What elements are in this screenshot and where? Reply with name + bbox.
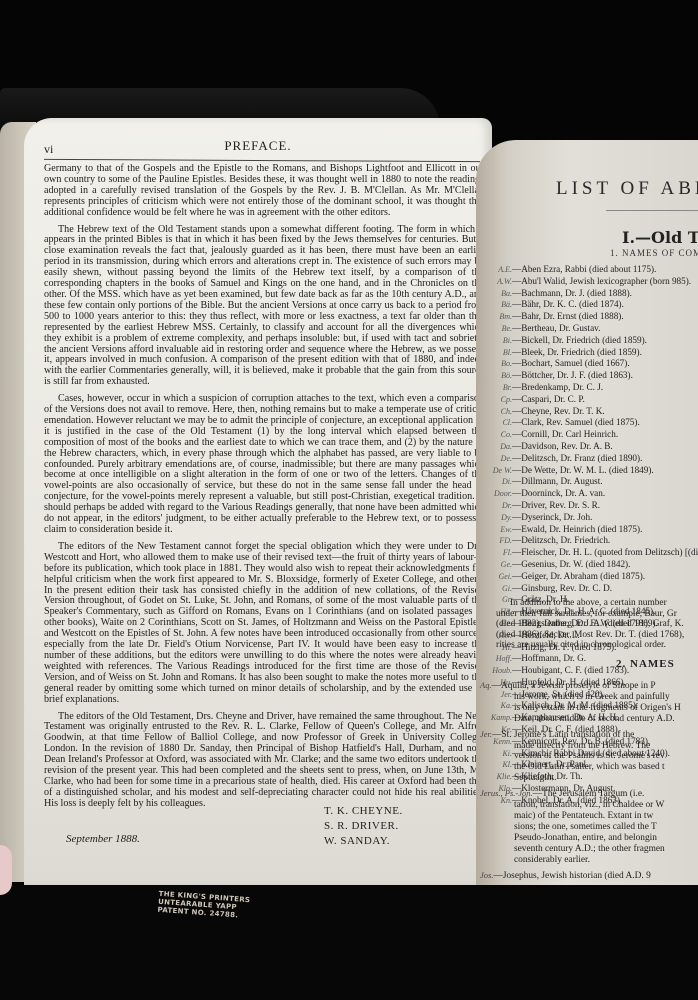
paragraph: Cases, however, occur in which a suspici…	[44, 394, 484, 536]
entry-line: version of the Psalms is St. Jerome's re…	[480, 751, 698, 762]
abbreviation-item: Ch.—Cheyne, Rev. Dr. T. K.	[484, 406, 698, 418]
abbreviation-expansion: Aben Ezra, Rabbi (died about 1175).	[521, 264, 656, 274]
abbreviation-item: A.E.—Aben Ezra, Rabbi (died about 1175).	[484, 264, 698, 276]
left-page: vi PREFACE. Germany to that of the Gospe…	[24, 118, 492, 888]
abbreviation: Bö.	[484, 371, 512, 382]
abbreviation: Co.	[484, 430, 512, 441]
abbreviation: Ew.	[484, 525, 512, 536]
abbreviation-item: Ew.—Ewald, Dr. Heinrich (died 1875).	[484, 524, 698, 536]
abbreviation: De W.	[484, 466, 512, 477]
abbreviation-item: Be.—Bertheau, Dr. Gustav.	[484, 323, 698, 335]
abbreviation-item: Gi.—Ginsburg, Rev. Dr. C. D.	[484, 583, 698, 595]
version-abbr: Jos.	[480, 870, 493, 880]
abbreviation-item: Br.—Bredenkamp, Dr. C. J.	[484, 382, 698, 394]
abbreviation-item: Bl.—Bleek, Dr. Friedrich (died 1859).	[484, 347, 698, 359]
page-heading: PREFACE.	[24, 138, 492, 154]
abbreviation-item: Di.—Dillmann, Dr. August.	[484, 476, 698, 488]
abbreviation-expansion: Caspari, Dr. C. P.	[521, 394, 585, 404]
version-entry: Jos.—Josephus, Jewish historian (died A.…	[480, 870, 698, 882]
para-line: under their full surnames, for example, …	[496, 609, 698, 620]
addition-paragraph: In addition to the above, a certain numb…	[496, 598, 698, 651]
entry-line: —Josephus, Jewish historian (died A.D. 9	[493, 871, 650, 881]
abbreviation-item: Bi.—Bickell, Dr. Friedrich (died 1859).	[484, 335, 698, 347]
entry-line: Septuagint.	[480, 773, 698, 784]
abbreviation-expansion: Driver, Rev. Dr. S. R.	[521, 500, 600, 510]
signature: W. SANDAY.	[324, 834, 403, 849]
abbreviation: Bl.	[484, 348, 512, 359]
signature: S. R. DRIVER.	[324, 819, 403, 834]
abbreviation-expansion: Cornill, Dr. Carl Heinrich.	[521, 429, 618, 439]
abbreviation-item: Co.—Cornill, Dr. Carl Heinrich.	[484, 429, 698, 441]
abbreviation-expansion: Delitzsch, Dr. Franz (died 1890).	[521, 453, 642, 463]
abbreviation-item: Door.—Doorninck, Dr. A. van.	[484, 488, 698, 500]
abbreviation-item: Gei.—Geiger, Dr. Abraham (died 1875).	[484, 571, 698, 583]
finger	[0, 845, 12, 895]
abbreviation-expansion: Bleek, Dr. Friedrich (died 1859).	[521, 347, 642, 357]
abbreviation: Di.	[484, 477, 512, 488]
abbreviation-item: Ba.—Bachmann, Dr. J. (died 1888).	[484, 288, 698, 300]
abbreviation-expansion: Houbigant, C. F. (died 1783).	[521, 665, 629, 675]
abbreviation-item: Cp.—Caspari, Dr. C. P.	[484, 394, 698, 406]
abbreviation-item: Dr.—Driver, Rev. Dr. S. R.	[484, 500, 698, 512]
entry-line: —Aquila, a Jewish proselyte of Sinope in…	[492, 681, 656, 691]
entry-line: sions; the one, sometimes called the T	[480, 822, 698, 833]
abbreviation-item: Fl.—Fleischer, Dr. H. L. (quoted from De…	[484, 547, 698, 559]
abbreviation: Houb.	[484, 666, 512, 677]
abbreviation-expansion: Bertheau, Dr. Gustav.	[521, 323, 600, 333]
abbreviation: Da.	[484, 442, 512, 453]
abbreviation-item: Bm.—Bahr, Dr. Ernst (died 1888).	[484, 311, 698, 323]
abbreviation: Bo.	[484, 359, 512, 370]
abbreviation: Be.	[484, 324, 512, 335]
abbreviation-expansion: Fleischer, Dr. H. L. (quoted from Delitz…	[521, 547, 698, 557]
abbreviation-expansion: Bredenkamp, Dr. C. J.	[521, 382, 603, 392]
abbreviation: Cl.	[484, 418, 512, 429]
abbreviation-expansion: Abu'l Walid, Jewish lexicographer (born …	[521, 276, 691, 286]
abbreviation: Ba.	[484, 289, 512, 300]
version-abbr: Aq.	[480, 680, 492, 690]
signature: T. K. CHEYNE.	[324, 804, 403, 819]
abbreviation: Fl.	[484, 548, 512, 559]
abbreviation: Bm.	[484, 312, 512, 323]
abbreviation: Gei.	[484, 572, 512, 583]
abbreviation-expansion: Geiger, Dr. Abraham (died 1875).	[521, 571, 645, 581]
entry-line: is only extant in the fragments of Orige…	[480, 703, 698, 714]
abbreviation-expansion: Gesenius, Dr. W. (died 1842).	[521, 559, 630, 569]
version-entry: Aq.—Aquila, a Jewish proselyte of Sinope…	[480, 680, 698, 725]
abbreviation-item: Da.—Davidson, Rev. Dr. A. B.	[484, 441, 698, 453]
abbreviation-expansion: De Wette, Dr. W. M. L. (died 1849).	[521, 465, 654, 475]
entry-line: maic) of the Pentateuch. Extant in tw	[480, 811, 698, 822]
entry-line: tation, translation, viz., in Chaldee or…	[480, 800, 698, 811]
abbreviation-item: A.W.—Abu'l Walid, Jewish lexicographer (…	[484, 276, 698, 288]
abbreviation-expansion: Delitzsch, Dr. Friedrich.	[521, 535, 610, 545]
abbreviation-expansion: Hoffmann, Dr. G.	[521, 653, 586, 663]
abbreviation-item: Bö.—Böttcher, Dr. J. F. (died 1863).	[484, 370, 698, 382]
versions-list: Aq.—Aquila, a Jewish proselyte of Sinope…	[480, 680, 698, 885]
abbreviation: Bi.	[484, 336, 512, 347]
preface-body: Germany to that of the Gospels and the E…	[44, 164, 484, 816]
abbreviation-expansion: Ginsburg, Rev. Dr. C. D.	[521, 583, 612, 593]
entry-line: considerably earlier.	[480, 855, 698, 866]
abbreviation-expansion: Doorninck, Dr. A. van.	[521, 488, 605, 498]
abbreviation: De.	[484, 454, 512, 465]
para-line: rities are usually cited in chronologica…	[496, 640, 698, 651]
subsection-heading: 1. NAMES OF COM	[610, 248, 698, 258]
abbreviation: Cp.	[484, 395, 512, 406]
abbreviation-expansion: Cheyne, Rev. Dr. T. K.	[521, 406, 605, 416]
paragraph: The editors of the New Testament cannot …	[44, 542, 484, 706]
version-abbr: Jerus., Ps.-Jon.	[480, 788, 533, 798]
book-cover-bottom	[0, 885, 698, 1000]
abbreviation-item: Ge.—Gesenius, Dr. W. (died 1842).	[484, 559, 698, 571]
abbreviation: Hoff.	[484, 654, 512, 665]
preface-date: September 1888.	[66, 833, 140, 845]
abbreviation: A.E.	[484, 265, 512, 276]
para-line: (died 1886), Secker, Most Rev. Dr. T. (d…	[496, 630, 698, 641]
abbreviation: Dr.	[484, 501, 512, 512]
header-rule	[44, 159, 480, 162]
paragraph: Germany to that of the Gospels and the E…	[44, 164, 484, 219]
entry-line: his work, which is in Greek and painfull…	[480, 692, 698, 703]
abbreviation-expansion: Bochart, Samuel (died 1667).	[521, 358, 629, 368]
abbreviation-item: De.—Delitzsch, Dr. Franz (died 1890).	[484, 453, 698, 465]
para-line: (died 1882), Dathe, Dr. J. A. (died 1791…	[496, 619, 698, 630]
abbreviation-item: Dy.—Dyserinck, Dr. Joh.	[484, 512, 698, 524]
abbreviation-expansion: Clark, Rev. Samuel (died 1875).	[521, 417, 640, 427]
abbreviation-expansion: Bahr, Dr. Ernst (died 1888).	[521, 311, 623, 321]
abbreviation: Ch.	[484, 407, 512, 418]
entry-line: Pseudo-Jonathan, entire, and belongin	[480, 833, 698, 844]
signatures: T. K. CHEYNE. S. R. DRIVER. W. SANDAY.	[324, 804, 403, 849]
para-line: In addition to the above, a certain numb…	[496, 598, 698, 609]
entry-line: made directly from the Hebrew. The	[480, 741, 698, 752]
abbreviation: Dy.	[484, 513, 512, 524]
paragraph: The Hebrew text of the Old Testament sta…	[44, 225, 484, 389]
abbreviation-expansion: Dyserinck, Dr. Joh.	[521, 512, 592, 522]
entry-line: the Old Latin Psalter, which was based t	[480, 762, 698, 773]
abbreviation-expansion: Bickell, Dr. Friedrich (died 1859).	[521, 335, 647, 345]
section2-heading: 2. NAMES	[616, 658, 675, 670]
abbreviation-expansion: Bachmann, Dr. J. (died 1888).	[521, 288, 632, 298]
entry-line: Date, about middle of second century A.D…	[480, 714, 698, 725]
abbreviation: Gi.	[484, 584, 512, 595]
running-head: vi PREFACE.	[24, 138, 492, 158]
abbreviation-expansion: Böttcher, Dr. J. F. (died 1863).	[521, 370, 633, 380]
abbreviation-expansion: Davidson, Rev. Dr. A. B.	[521, 441, 613, 451]
right-page: LIST OF ABB I.—Old T 1. NAMES OF COM A.E…	[476, 140, 698, 885]
version-abbr: Jer.	[480, 729, 492, 739]
abbreviation: A.W.	[484, 277, 512, 288]
abbreviation-item: Bä.—Bähr, Dr. K. C. (died 1874).	[484, 299, 698, 311]
section-heading: I.—Old T	[622, 228, 698, 247]
abbreviation-expansion: Ewald, Dr. Heinrich (died 1875).	[521, 524, 642, 534]
abbreviation: Ge.	[484, 560, 512, 571]
abbreviation-item: De W.—De Wette, Dr. W. M. L. (died 1849)…	[484, 465, 698, 477]
abbreviation-item: FD.—Delitzsch, Dr. Friedrich.	[484, 535, 698, 547]
paragraph: The editors of the Old Testament, Drs. C…	[44, 712, 484, 810]
abbreviation-item: Cl.—Clark, Rev. Samuel (died 1875).	[484, 417, 698, 429]
version-entry: Jerus., Ps.-Jon.—The Jerusalem Targum (i…	[480, 788, 698, 865]
entry-line: —The Jerusalem Targum (i.e.	[533, 789, 645, 799]
abbreviation-item: Bo.—Bochart, Samuel (died 1667).	[484, 358, 698, 370]
abbreviation: Door.	[484, 489, 512, 500]
list-title: LIST OF ABB	[556, 178, 698, 200]
abbreviation: FD.	[484, 536, 512, 547]
abbreviation-expansion: Bähr, Dr. K. C. (died 1874).	[521, 299, 624, 309]
version-entry: Jer.—St. Jerome's Latin translation of t…	[480, 729, 698, 785]
title-rule	[606, 210, 698, 211]
abbreviation: Br.	[484, 383, 512, 394]
abbreviation-expansion: Dillmann, Dr. August.	[521, 476, 602, 486]
entry-line: —St. Jerome's Latin translation of the	[492, 730, 634, 740]
abbreviation: Bä.	[484, 300, 512, 311]
entry-line: seventh century A.D.; the other fragmen	[480, 844, 698, 855]
